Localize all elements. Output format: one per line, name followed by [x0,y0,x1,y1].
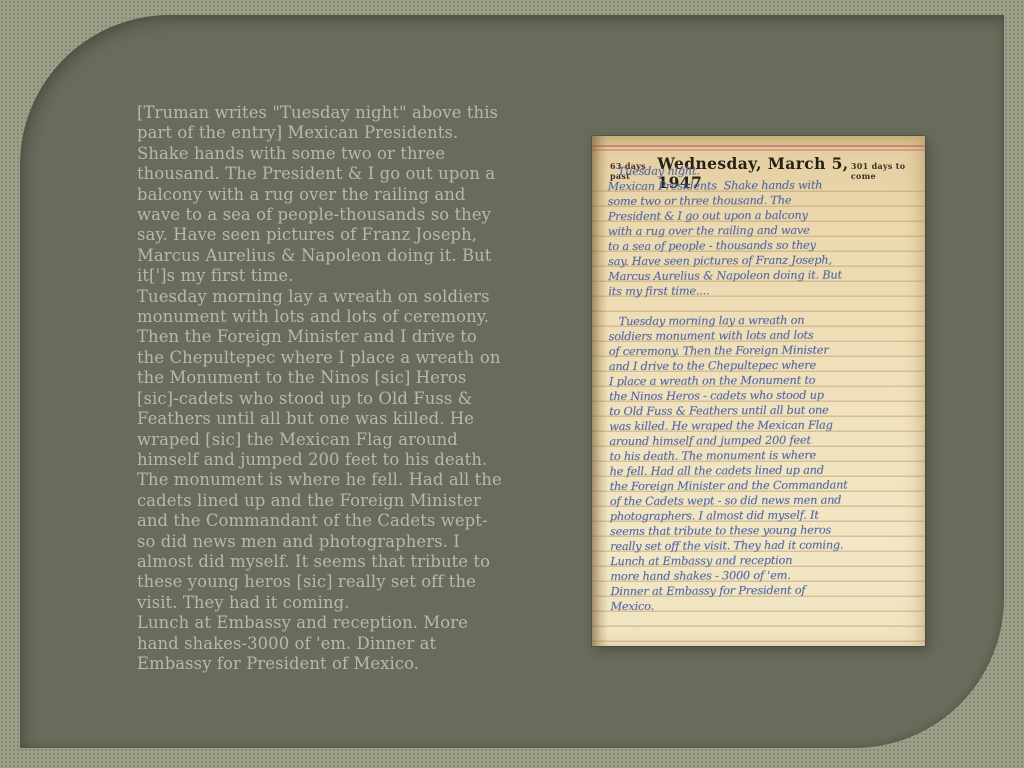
top-red-rule-secondary [592,149,925,151]
top-red-rule [592,145,925,147]
transcription-paragraph-3: Lunch at Embassy and reception. More han… [137,613,503,674]
binding-gutter-shadow [592,136,608,646]
diary-transcription-text: [Truman writes "Tuesday night" above thi… [137,103,503,674]
transcription-paragraph-2: Tuesday morning lay a wreath on soldiers… [137,287,503,614]
transcription-paragraph-1: [Truman writes "Tuesday night" above thi… [137,103,503,287]
handwriting-line: Mexico. [610,597,922,614]
diary-page-photo: 63 days past Wednesday, March 5, 1947 30… [592,136,925,646]
content-panel: [Truman writes "Tuesday night" above thi… [20,15,1004,748]
handwritten-entry: Tuesday night.Mexican Presidents Shake h… [607,162,922,614]
